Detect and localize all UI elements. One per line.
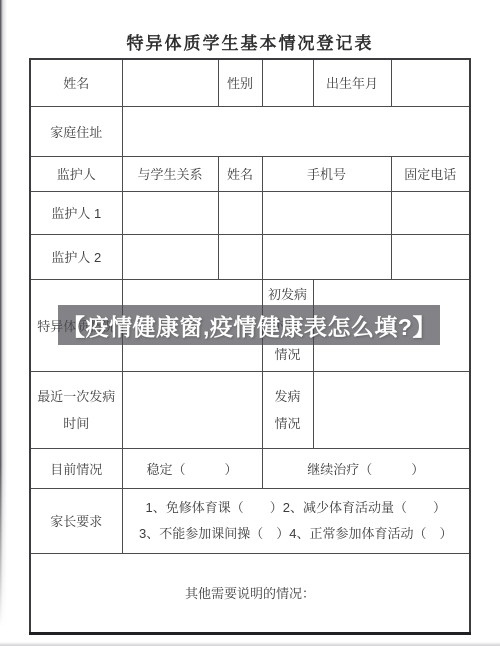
row-guardian2: 监护人 2 [30,234,470,279]
guardian1-name-cell [218,191,262,234]
parent-request-line1: 1、免修体育课（ ）2、减少体育活动量（ ） [123,495,470,521]
gender-label-cell: 性别 [218,59,262,106]
current-treatment-cell: 继续治疗（ ） [262,448,470,488]
last-episode-value-cell [122,371,262,448]
birth-label-cell: 出生年月 [313,59,391,106]
row-parent-request: 家长要求 1、免修体育课（ ）2、减少体育活动量（ ） 3、不能参加课间操（ ）… [30,488,470,553]
relation-header-cell: 与学生关系 [122,156,218,191]
last-episode-line2: 时间 [31,410,122,437]
birth-value-cell [391,59,470,106]
last-episode-line1: 最近一次发病 [31,383,122,410]
row-last-episode: 最近一次发病 时间 发病 情况 [30,371,470,448]
guardian1-relation-cell [122,191,218,234]
gender-value-cell [262,59,313,106]
watermark-overlay: 【疫情健康窗,疫情健康表怎么填?】 [58,305,440,345]
guardian2-mobile-cell [262,234,391,279]
name-label-cell: 姓名 [30,59,122,106]
row-guardian-header: 监护人 与学生关系 姓名 手机号 固定电话 [30,156,470,191]
row-basic: 姓名 性别 出生年月 [30,59,470,106]
situation-line2: 情况 [263,410,313,437]
parent-request-line2: 3、不能参加课间操（ ）4、正常参加体育活动（ ） [123,521,470,547]
parent-request-options-cell: 1、免修体育课（ ）2、减少体育活动量（ ） 3、不能参加课间操（ ）4、正常参… [122,488,470,553]
guardian2-name-cell [218,234,262,279]
guardian-header-cell: 监护人 [30,156,122,191]
landline-header-cell: 固定电话 [391,156,470,191]
guardian2-relation-cell [122,234,218,279]
watermark-text: 【疫情健康窗,疫情健康表怎么填?】 [62,309,436,342]
row-current-status: 目前情况 稳定（ ） 继续治疗（ ） [30,448,470,488]
situation-line1: 发病 [263,383,313,410]
guardian2-landline-cell [391,234,470,279]
row-other-notes: 其他需要说明的情况： [30,553,470,633]
registration-table: 姓名 性别 出生年月 家庭住址 监护人 与学生关系 姓名 手机号 固定电话 监护… [29,58,471,635]
mobile-header-cell: 手机号 [262,156,391,191]
current-stable-cell: 稳定（ ） [122,448,262,488]
episode-situation-value-cell [313,371,470,448]
last-episode-label-cell: 最近一次发病 时间 [30,371,122,448]
address-value-cell [122,106,470,156]
address-label-cell: 家庭住址 [30,106,122,156]
parent-request-label-cell: 家长要求 [30,488,122,553]
guardian2-label-cell: 监护人 2 [30,234,122,279]
guardian1-mobile-cell [262,191,391,234]
left-edge-shadow [0,0,7,646]
current-status-label-cell: 目前情况 [30,448,122,488]
row-address: 家庭住址 [30,106,470,156]
page-title: 特异体质学生基本情况登记表 [0,29,500,54]
episode-situation-label-cell: 发病 情况 [262,371,313,448]
guardian1-label-cell: 监护人 1 [30,191,122,234]
guardian-name-header-cell: 姓名 [218,156,262,191]
name-value-cell [122,59,218,106]
bottom-edge-shadow [0,642,500,646]
guardian1-landline-cell [391,191,470,234]
other-notes-cell: 其他需要说明的情况： [30,553,470,633]
row-guardian1: 监护人 1 [30,191,470,234]
